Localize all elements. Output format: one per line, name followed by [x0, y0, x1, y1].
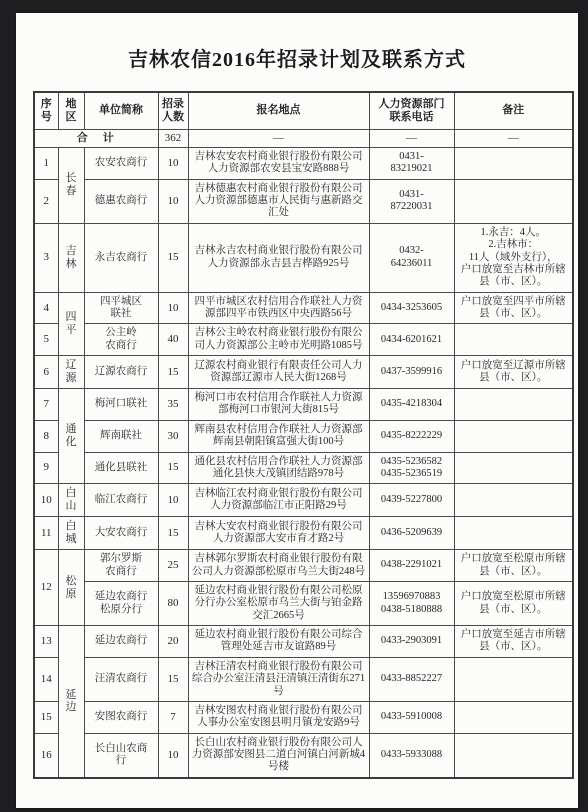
cell-remark — [454, 179, 573, 223]
cell-unit: 辽源农商行 — [84, 356, 158, 389]
header-address: 报名地点 — [188, 92, 369, 129]
cell-remark — [454, 147, 573, 179]
cell-address: 吉林公主岭农村商业银行股份有限公司人力资源部公主岭市光明路1085号 — [188, 324, 369, 356]
cell-unit: 安图农商行 — [84, 701, 158, 733]
cell-phone: 0436-5209639 — [369, 517, 454, 550]
cell-no: 15 — [34, 701, 58, 733]
cell-no: 1 — [34, 147, 58, 179]
cell-count: 30 — [158, 420, 188, 452]
table-row: 13 延 边 延边农商行 20 延边农村商业银行股份有限公司综合管理处延吉市友谊… — [34, 626, 573, 658]
cell-remark — [454, 420, 573, 452]
table-row: 延边农商行 松原分行 80 延边农村商业银行股份有限公司松原分行办公室松原市乌兰… — [34, 581, 573, 625]
cell-address: 吉林安图农村商业银行股份有限公司人事办公室安图县明月镇龙安路9号 — [188, 701, 369, 733]
cell-remark — [454, 657, 573, 701]
cell-no: 8 — [34, 420, 58, 452]
cell-address: 梅河口市农村信用合作联社人力资源部梅河口市银河大街815号 — [188, 389, 369, 421]
table-row: 7 通 化 梅河口联社 35 梅河口市农村信用合作联社人力资源部梅河口市银河大街… — [34, 389, 573, 421]
cell-remark — [454, 452, 573, 484]
table-row: 4 四 平 四平城区 联社 10 四平市城区农村信用合作联社人力资源部四平市铁西… — [34, 292, 573, 324]
table-row: 15 安图农商行 7 吉林安图农村商业银行股份有限公司人事办公室安图县明月镇龙安… — [34, 701, 573, 733]
cell-remark — [454, 517, 573, 550]
total-label: 合 计 — [34, 129, 158, 147]
cell-count: 15 — [158, 517, 188, 550]
cell-phone: 0433-8852227 — [369, 657, 454, 701]
cell-remark: 户口放宽至松原市所辖县（市、区）。 — [454, 550, 573, 582]
cell-remark: 户口放宽至松原市所辖县（市、区）。 — [454, 581, 573, 625]
cell-phone: 0431- 83219021 — [369, 147, 454, 179]
cell-address: 吉林郭尔罗斯农村商业银行股份有限公司人力资源部松原市乌兰大街248号 — [188, 550, 369, 582]
cell-phone: 0434-3253605 — [369, 292, 454, 324]
cell-address: 长白山农村商业银行股份有限公司人力资源部安图县二道白河镇白河新城4号楼 — [188, 733, 369, 778]
cell-remark — [454, 733, 573, 778]
cell-remark: 1.永吉：4人。 2.吉林市： 11人（域外支行）， 户口放宽至吉林市所辖县（市… — [454, 223, 573, 292]
header-region: 地 区 — [58, 92, 84, 129]
cell-count: 80 — [158, 581, 188, 625]
table-row: 6 辽 源 辽源农商行 15 辽源农村商业银行有限责任公司人力资源部辽源市人民大… — [34, 356, 573, 389]
cell-phone: 0434-6201621 — [369, 324, 454, 356]
cell-count: 40 — [158, 324, 188, 356]
cell-count: 20 — [158, 626, 188, 658]
cell-no: 5 — [34, 324, 58, 356]
table-row: 8 辉南联社 30 辉南县农村信用合作联社人力资源部辉南县朝阳镇富强大街100号… — [34, 420, 573, 452]
cell-address: 辉南县农村信用合作联社人力资源部辉南县朝阳镇富强大街100号 — [188, 420, 369, 452]
cell-phone: 0433-2903091 — [369, 626, 454, 658]
cell-count: 10 — [158, 292, 188, 324]
table-row: 3 吉 林 永吉农商行 15 吉林永吉农村商业银行股份有限公司人力资源部永吉县吉… — [34, 223, 573, 292]
header-unit: 单位简称 — [84, 92, 158, 129]
cell-unit: 通化县联社 — [84, 452, 158, 484]
page-title: 吉林农信2016年招录计划及联系方式 — [16, 43, 578, 72]
cell-unit: 大安农商行 — [84, 517, 158, 550]
cell-unit: 延边农商行 松原分行 — [84, 581, 158, 625]
cell-unit: 德惠农商行 — [84, 179, 158, 223]
cell-address: 吉林永吉农村商业银行股份有限公司人力资源部永吉县吉桦路925号 — [188, 223, 369, 292]
cell-phone: 13596970883 0438-5180888 — [369, 581, 454, 625]
table-row: 10 白 山 临江农商行 10 吉林临江农村商业银行股份有限公司人力资源部临江市… — [34, 484, 573, 517]
table-row: 2 德惠农商行 10 吉林德惠农村商业银行股份有限公司人力资源部德惠市人民街与惠… — [34, 179, 573, 223]
total-dash-address: — — [188, 129, 369, 147]
cell-remark: 户口放宽至辽源市所辖县（市、区）。 — [454, 356, 573, 389]
cell-address: 吉林汪清农村商业银行股份有限公司综合办公室汪清县汪清镇汪清街东271号 — [188, 657, 369, 701]
cell-unit: 汪清农商行 — [84, 657, 158, 701]
cell-phone: 0438-2291021 — [369, 550, 454, 582]
cell-region: 四 平 — [58, 292, 84, 356]
cell-phone: 0437-3599916 — [369, 356, 454, 389]
cell-count: 15 — [158, 223, 188, 292]
cell-phone: 0439-5227800 — [369, 484, 454, 517]
table-row: 16 长白山农商 行 10 长白山农村商业银行股份有限公司人力资源部安图县二道白… — [34, 733, 573, 778]
cell-phone: 0435-5236582 0435-5236519 — [369, 452, 454, 484]
cell-region: 通 化 — [58, 389, 84, 484]
total-row: 合 计 362 — — — — [34, 129, 573, 147]
cell-no: 9 — [34, 452, 58, 484]
cell-region: 白 山 — [58, 484, 84, 517]
table-row: 5 公主岭 农商行 40 吉林公主岭农村商业银行股份有限公司人力资源部公主岭市光… — [34, 324, 573, 356]
cell-address: 通化县农村信用合作联社人力资源部通化县快大茂镇团结路978号 — [188, 452, 369, 484]
cell-no: 13 — [34, 626, 58, 658]
cell-no: 11 — [34, 517, 58, 550]
cell-no: 6 — [34, 356, 58, 389]
cell-address: 吉林临江农村商业银行股份有限公司人力资源部临江市正阳路29号 — [188, 484, 369, 517]
cell-remark — [454, 324, 573, 356]
header-row: 序 号 地 区 单位简称 招录 人数 报名地点 人力资源部门 联系电话 备注 — [34, 92, 573, 129]
total-dash-phone: — — [369, 129, 454, 147]
cell-unit: 郭尔罗斯 农商行 — [84, 550, 158, 582]
table-row: 11 白 城 大安农商行 15 吉林大安农村商业银行股份有限公司人力资源部大安市… — [34, 517, 573, 550]
cell-unit: 永吉农商行 — [84, 223, 158, 292]
cell-address: 延边农村商业银行股份有限公司综合管理处延吉市友谊路89号 — [188, 626, 369, 658]
cell-address: 吉林农安农村商业银行股份有限公司人力资源部农安县宝安路888号 — [188, 147, 369, 179]
cell-phone: 0431- 87220031 — [369, 179, 454, 223]
cell-address: 吉林德惠农村商业银行股份有限公司人力资源部德惠市人民街与惠新路交汇处 — [188, 179, 369, 223]
cell-region: 吉 林 — [58, 223, 84, 292]
cell-unit: 梅河口联社 — [84, 389, 158, 421]
cell-unit: 公主岭 农商行 — [84, 324, 158, 356]
cell-count: 7 — [158, 701, 188, 733]
header-phone: 人力资源部门 联系电话 — [369, 92, 454, 129]
total-count: 362 — [158, 129, 188, 147]
cell-remark: 户口放宽至延吉市所辖县（市、区）。 — [454, 626, 573, 658]
cell-unit: 辉南联社 — [84, 420, 158, 452]
cell-unit: 四平城区 联社 — [84, 292, 158, 324]
cell-count: 15 — [158, 356, 188, 389]
cell-address: 延边农村商业银行股份有限公司松原分行办公室松原市乌兰大街与铂金路交汇2665号 — [188, 581, 369, 625]
cell-no: 7 — [34, 389, 58, 421]
cell-region: 松 原 — [58, 550, 84, 626]
total-dash-remark: — — [454, 129, 573, 147]
cell-count: 10 — [158, 733, 188, 778]
cell-unit: 临江农商行 — [84, 484, 158, 517]
document-page: 吉林农信2016年招录计划及联系方式 序 号 地 区 单位简称 招录 人数 报名… — [16, 13, 578, 808]
cell-region: 白 城 — [58, 517, 84, 550]
header-no: 序 号 — [34, 92, 58, 129]
table-row: 1 长 春 农安农商行 10 吉林农安农村商业银行股份有限公司人力资源部农安县宝… — [34, 147, 573, 179]
cell-no: 3 — [34, 223, 58, 292]
cell-no: 14 — [34, 657, 58, 701]
cell-no: 4 — [34, 292, 58, 324]
cell-no: 10 — [34, 484, 58, 517]
cell-remark — [454, 484, 573, 517]
cell-phone: 0435-4218304 — [369, 389, 454, 421]
header-remark: 备注 — [454, 92, 573, 129]
cell-address: 吉林大安农村商业银行股份有限公司人力资源部大安市育才路2号 — [188, 517, 369, 550]
cell-count: 10 — [158, 484, 188, 517]
cell-remark — [454, 389, 573, 421]
table-row: 14 汪清农商行 15 吉林汪清农村商业银行股份有限公司综合办公室汪清县汪清镇汪… — [34, 657, 573, 701]
cell-phone: 0435-8222229 — [369, 420, 454, 452]
cell-no: 16 — [34, 733, 58, 778]
cell-no: 12 — [34, 550, 58, 626]
table-row: 9 通化县联社 15 通化县农村信用合作联社人力资源部通化县快大茂镇团结路978… — [34, 452, 573, 484]
cell-count: 15 — [158, 452, 188, 484]
cell-count: 35 — [158, 389, 188, 421]
cell-no: 2 — [34, 179, 58, 223]
cell-phone: 0432- 64236011 — [369, 223, 454, 292]
cell-region: 辽 源 — [58, 356, 84, 389]
cell-count: 10 — [158, 147, 188, 179]
cell-region: 长 春 — [58, 147, 84, 223]
cell-phone: 0433-5933088 — [369, 733, 454, 778]
table-row: 12 松 原 郭尔罗斯 农商行 25 吉林郭尔罗斯农村商业银行股份有限公司人力资… — [34, 550, 573, 582]
cell-region: 延 边 — [58, 626, 84, 778]
cell-address: 辽源农村商业银行有限责任公司人力资源部辽源市人民大街1268号 — [188, 356, 369, 389]
cell-unit: 农安农商行 — [84, 147, 158, 179]
cell-remark — [454, 701, 573, 733]
cell-unit: 长白山农商 行 — [84, 733, 158, 778]
recruitment-table: 序 号 地 区 单位简称 招录 人数 报名地点 人力资源部门 联系电话 备注 合… — [33, 91, 574, 779]
cell-count: 15 — [158, 657, 188, 701]
cell-unit: 延边农商行 — [84, 626, 158, 658]
cell-phone: 0433-5910008 — [369, 701, 454, 733]
cell-remark: 户口放宽至四平市所辖县（市、区）。 — [454, 292, 573, 324]
header-count: 招录 人数 — [158, 92, 188, 129]
cell-count: 25 — [158, 550, 188, 582]
cell-address: 四平市城区农村信用合作联社人力资源部四平市铁西区中央西路56号 — [188, 292, 369, 324]
cell-count: 10 — [158, 179, 188, 223]
